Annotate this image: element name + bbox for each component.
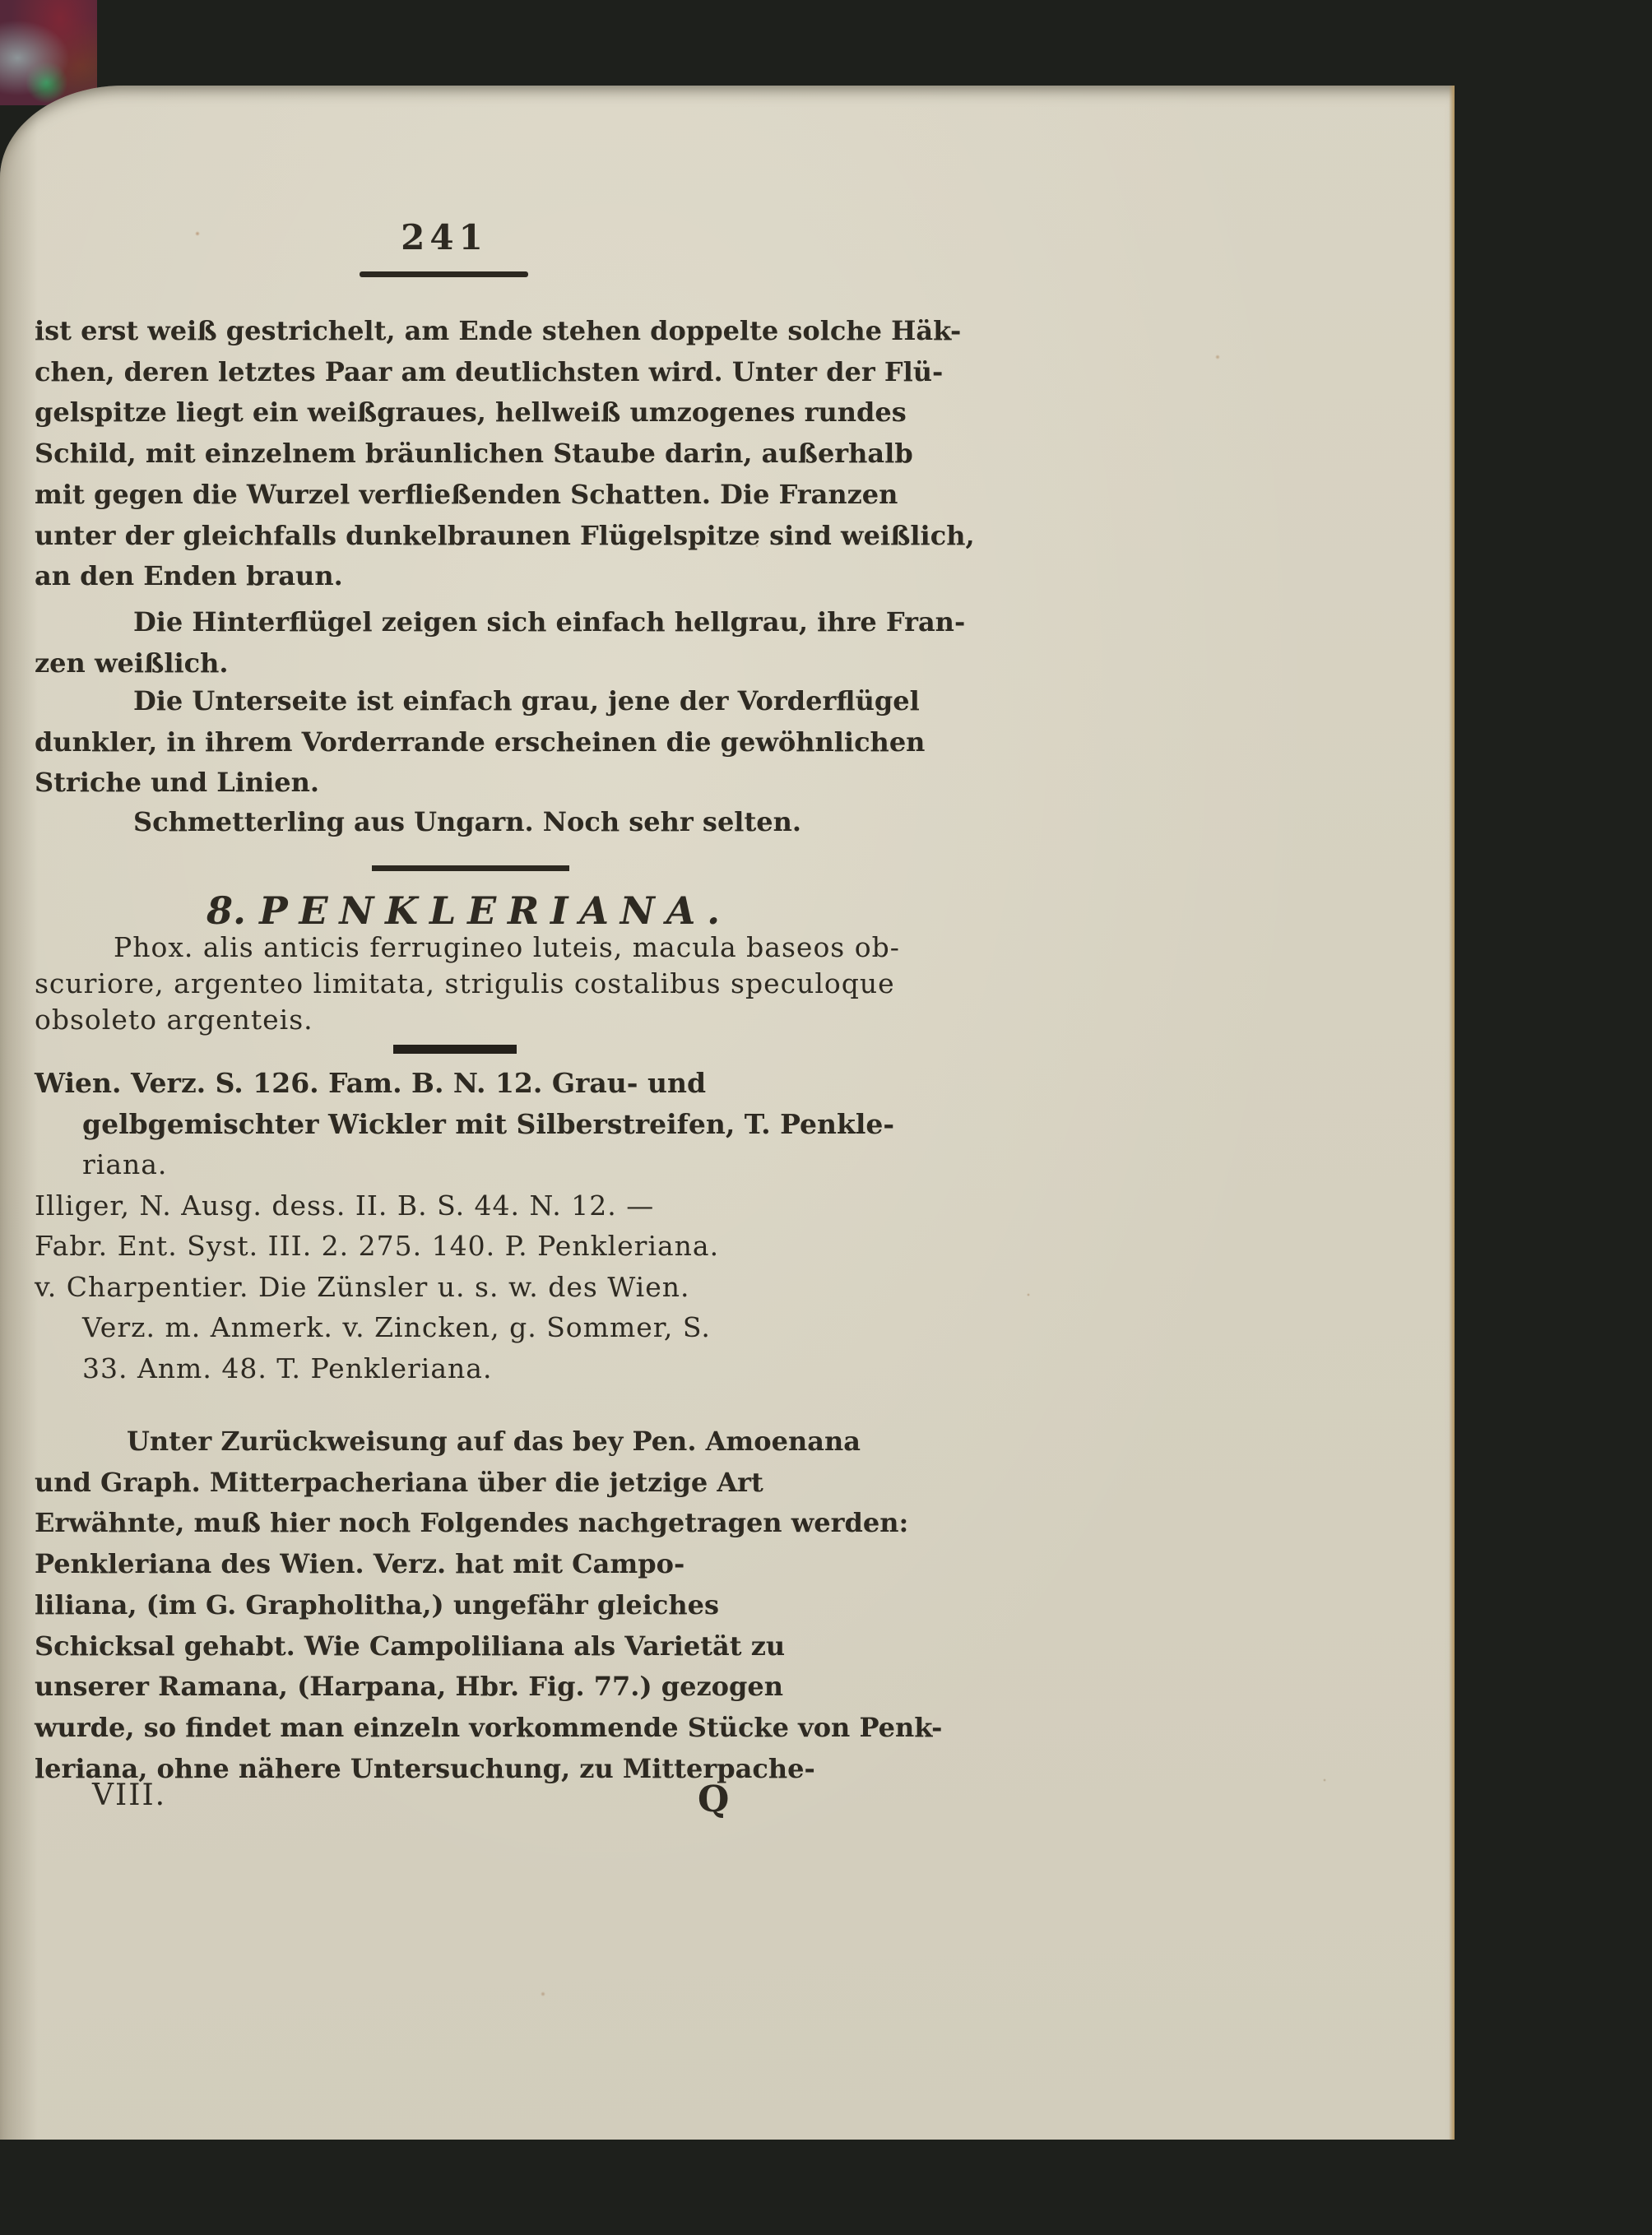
book-page: 241 ist erst weiß gestrichelt, am Ende s…	[0, 86, 1455, 2140]
section-divider-rule	[372, 865, 569, 871]
text-line: ist erst weiß gestrichelt, am Ende stehe…	[35, 311, 931, 352]
text-line: Schicksal gehabt. Wie Campoliliana als V…	[35, 1626, 931, 1667]
citation-line: Illiger, N. Ausg. dess. II. B. S. 44. N.…	[35, 1185, 931, 1226]
text-line: unserer Ramana, (Harpana, Hbr. Fig. 77.)…	[35, 1667, 931, 1708]
text-line: Schmetterling aus Ungarn. Noch sehr selt…	[35, 802, 931, 843]
gutter-shadow	[0, 86, 38, 2140]
text-line: wurde, so findet man einzeln vorkommende…	[35, 1708, 931, 1749]
page-number-rule	[360, 271, 528, 277]
text-line: Die Unterseite ist einfach grau, jene de…	[35, 681, 931, 722]
species-number: 8.	[206, 888, 246, 933]
paragraph-discussion: Unter Zurückweisung auf das bey Pen. Amo…	[35, 1421, 931, 1789]
citation-line: Verz. m. Anmerk. v. Zincken, g. Sommer, …	[35, 1307, 931, 1348]
paragraph-locality: Schmetterling aus Ungarn. Noch sehr selt…	[35, 802, 931, 843]
text-line: Erwähnte, muß hier noch Folgendes nachge…	[35, 1503, 931, 1544]
signature-line: VIII. Q	[0, 1778, 930, 1821]
citation-line: 33. Anm. 48. T. Penkleriana.	[35, 1348, 931, 1389]
text-line: obsoleto argenteis.	[35, 1002, 931, 1038]
citation-line: Wien. Verz. S. 126. Fam. B. N. 12. Grau-…	[35, 1063, 931, 1104]
text-line: mit gegen die Wurzel verfließenden Schat…	[35, 475, 931, 516]
volume-catchword: VIII.	[92, 1778, 166, 1812]
paragraph-hindwings: Die Hinterflügel zeigen sich einfach hel…	[35, 602, 931, 684]
paragraph-description: ist erst weiß gestrichelt, am Ende stehe…	[35, 311, 931, 597]
text-line: Unter Zurückweisung auf das bey Pen. Amo…	[35, 1421, 931, 1463]
citation-list: Wien. Verz. S. 126. Fam. B. N. 12. Grau-…	[35, 1063, 931, 1389]
section-heading: 8. PENKLERIANA.	[123, 888, 814, 933]
text-line: liliana, (im G. Grapholitha,) ungefähr g…	[35, 1585, 931, 1626]
text-line: dunkler, in ihrem Vorderrande erscheinen…	[35, 722, 931, 763]
citation-line: gelbgemischter Wickler mit Silberstreife…	[35, 1104, 931, 1145]
text-line: Phox. alis anticis ferrugineo luteis, ma…	[35, 930, 931, 966]
scanned-book-photo: 241 ist erst weiß gestrichelt, am Ende s…	[0, 0, 1652, 2235]
latin-diagnosis: Phox. alis anticis ferrugineo luteis, ma…	[35, 930, 931, 1038]
page-fore-edge	[1449, 86, 1455, 2140]
text-line: unter der gleichfalls dunkelbraunen Flüg…	[35, 516, 931, 557]
citation-line: v. Charpentier. Die Zünsler u. s. w. des…	[35, 1267, 931, 1308]
text-line: gelspitze liegt ein weißgraues, hellweiß…	[35, 392, 931, 434]
citation-line: riana.	[35, 1144, 931, 1185]
citation-divider-rule	[393, 1045, 517, 1054]
text-line: Striche und Linien.	[35, 763, 931, 804]
paragraph-underside: Die Unterseite ist einfach grau, jene de…	[35, 681, 931, 804]
text-line: Penkleriana des Wien. Verz. hat mit Camp…	[35, 1544, 931, 1585]
citation-line: Fabr. Ent. Syst. III. 2. 275. 140. P. Pe…	[35, 1226, 931, 1267]
text-line: und Graph. Mitterpacheriana über die jet…	[35, 1463, 931, 1504]
species-name: PENKLERIANA.	[259, 888, 731, 933]
text-line: Die Hinterflügel zeigen sich einfach hel…	[35, 602, 931, 643]
page-number: 241	[358, 217, 531, 257]
signature-mark: Q	[698, 1778, 729, 1820]
text-line: chen, deren letztes Paar am deutlichsten…	[35, 352, 931, 393]
text-line: an den Enden braun.	[35, 556, 931, 597]
text-line: zen weißlich.	[35, 643, 931, 684]
text-line: scuriore, argenteo limitata, strigulis c…	[35, 966, 931, 1002]
text-line: Schild, mit einzelnem bräunlichen Staube…	[35, 434, 931, 475]
